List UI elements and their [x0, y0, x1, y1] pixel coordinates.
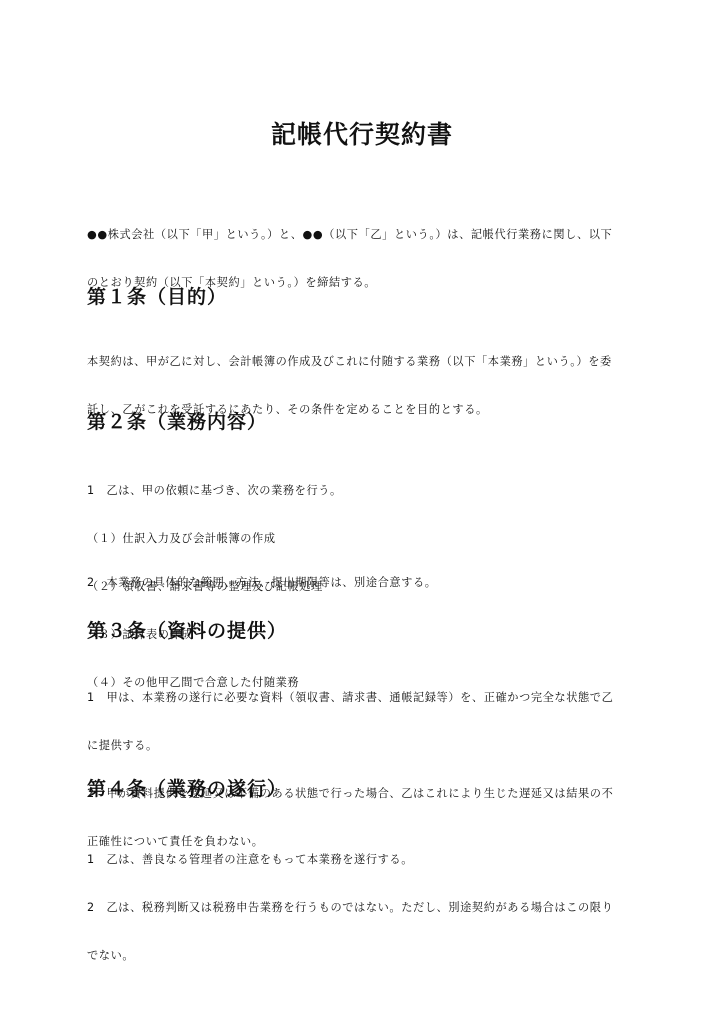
article-line: でない。 — [87, 948, 647, 964]
article-line: 1 乙は、善良なる管理者の注意をもって本業務を遂行する。 — [87, 852, 647, 868]
article-line: 2 本業務の具体的な範囲、方法、提出期限等は、別途合意する。 — [87, 575, 647, 591]
article-1-heading: 第１条（目的） — [87, 284, 227, 310]
document-page: 記帳代行契約書 ●●株式会社（以下「甲」という。）と、●●（以下「乙」という。）… — [0, 0, 724, 1024]
preamble-line: ●●株式会社（以下「甲」という。）と、●●（以下「乙」という。）は、記帳代行業務… — [87, 227, 647, 243]
article-line: 本契約は、甲が乙に対し、会計帳簿の作成及びこれに付随する業務（以下「本業務」とい… — [87, 354, 647, 370]
article-4-body: 1 乙は、善良なる管理者の注意をもって本業務を遂行する。 2 乙は、税務判断又は… — [87, 820, 647, 996]
article-2-clause-2: 2 本業務の具体的な範囲、方法、提出期限等は、別途合意する。 — [87, 543, 647, 623]
article-line: に提供する。 — [87, 738, 647, 754]
article-line: 2 乙は、税務判断又は税務申告業務を行うものではない。ただし、別途契約がある場合… — [87, 900, 647, 916]
article-2-heading: 第２条（業務内容） — [87, 409, 267, 435]
document-title: 記帳代行契約書 — [0, 118, 724, 152]
article-3-heading: 第３条（資料の提供） — [87, 618, 287, 644]
article-4-heading: 第４条（業務の遂行） — [87, 776, 287, 802]
article-line: 1 甲は、本業務の遂行に必要な資料（領収書、請求書、通帳記録等）を、正確かつ完全… — [87, 690, 647, 706]
article-line: 1 乙は、甲の依頼に基づき、次の業務を行う。 — [87, 483, 647, 499]
